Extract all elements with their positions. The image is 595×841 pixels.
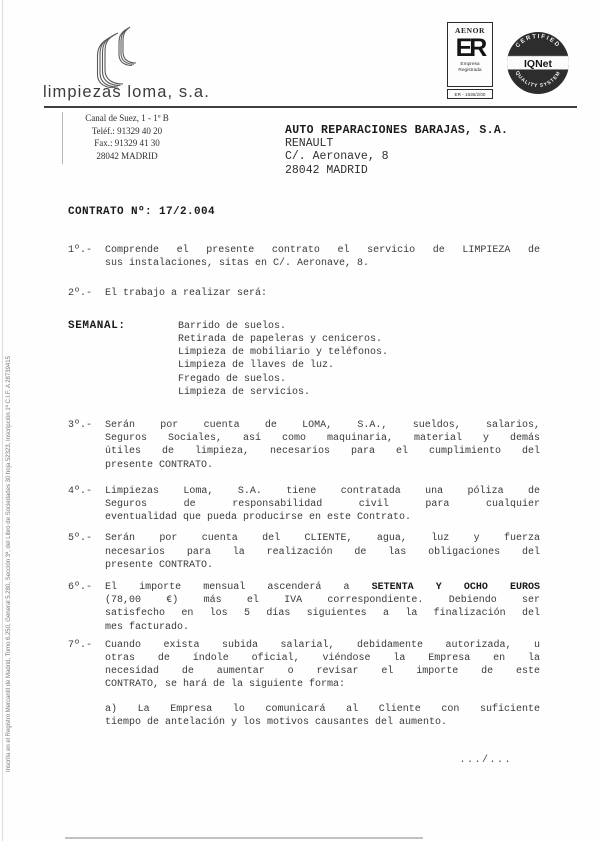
clause-text: Serán por cuenta del CLIENTE, agua, luz … <box>105 532 540 572</box>
clause-text: El importe mensual ascenderá a SETENTA Y… <box>105 581 540 634</box>
clause-line: tiempo de antelación y los motivos causa… <box>105 716 540 729</box>
clause-line: eventualidad que pueda producirse en est… <box>105 511 540 524</box>
clause-line: mes facturado. <box>105 621 540 634</box>
iqnet-badge: CERTIFIED QUALITY SYSTEM IQNet <box>505 30 571 96</box>
clause-line-text: El importe mensual ascenderá a <box>105 582 372 593</box>
schedule-task: Barrido de suelos. <box>178 320 388 333</box>
schedule-task: Retirada de papeleras y ceniceros. <box>178 333 388 346</box>
clause-line: Comprende el presente contrato el servic… <box>105 244 540 257</box>
contract-body: CONTRATO Nº: 17/2.004 1º.- Comprende el … <box>68 206 540 767</box>
clause-line: Cuando exista subida salarial, debidamen… <box>105 639 540 652</box>
clause-line: CONTRATO, se hará de la siguiente forma: <box>105 678 540 691</box>
recipient-city: 28042 MADRID <box>285 164 508 177</box>
aenor-box: AENOR ER Empresa Registrada <box>447 22 493 87</box>
aenor-er-monogram-icon: ER <box>456 36 485 60</box>
clause-5: 5º.- Serán por cuenta del CLIENTE, agua,… <box>68 532 540 572</box>
clause-number: 2º.- <box>68 287 105 300</box>
clause-line: Seguros Sociales, así como maquinaria, m… <box>105 432 540 445</box>
clause-line: El importe mensual ascenderá a SETENTA Y… <box>105 581 540 594</box>
aenor-subtitle: Empresa Registrada <box>458 62 481 73</box>
clause-line: útiles de limpieza, necesarios para el c… <box>105 445 540 458</box>
clause-line: presente CONTRATO. <box>105 459 540 472</box>
iqnet-wordmark: IQNet <box>524 58 553 70</box>
clause-text: Limpiezas Loma, S.A. tiene contratada un… <box>105 485 540 525</box>
schedule-tasks: Barrido de suelos. Retirada de papeleras… <box>178 320 388 399</box>
aenor-registry-number: ER - 1636/2/00 <box>447 89 493 99</box>
clause-line: satisfecho en los 5 días siguientes a la… <box>105 607 540 620</box>
sender-street: Canal de Suez, 1 - 1º B <box>68 112 186 125</box>
header-divider <box>44 106 577 108</box>
clause-7: 7º.- Cuando exista subida salarial, debi… <box>68 639 540 692</box>
clause-text: El trabajo a realizar será: <box>105 287 540 300</box>
company-logo <box>86 24 146 86</box>
schedule-task: Fregado de suelos. <box>178 373 388 386</box>
subclause-a: a) La Empresa lo comunicará al Cliente c… <box>105 703 540 729</box>
clause-2: 2º.- El trabajo a realizar será: <box>68 287 540 300</box>
clause-6: 6º.- El importe mensual ascenderá a SETE… <box>68 581 540 634</box>
contract-number-heading: CONTRATO Nº: 17/2.004 <box>68 206 540 219</box>
schedule-task: Limpieza de mobiliario y teléfonos. <box>178 346 388 359</box>
clause-text: Cuando exista subida salarial, debidamen… <box>105 639 540 692</box>
schedule-task: Limpieza de llaves de luz. <box>178 359 388 372</box>
clause-line: (78,00 €) más el IVA correspondiente. De… <box>105 594 540 607</box>
recipient-name: AUTO REPARACIONES BARAJAS, S.A. <box>285 124 508 137</box>
sender-city: 28042 MADRID <box>68 150 186 163</box>
schedule-label: SEMANAL: <box>68 320 178 399</box>
clause-line: presente CONTRATO. <box>105 559 540 572</box>
aenor-subtitle-line1: Empresa <box>458 62 481 68</box>
iqnet-seal-icon: CERTIFIED QUALITY SYSTEM IQNet <box>505 30 571 96</box>
continuation-mark: .../... <box>68 754 540 767</box>
double-l-logo-icon <box>86 24 146 88</box>
clause-3: 3º.- Serán por cuenta de LOMA, S.A., sue… <box>68 419 540 472</box>
clause-1: 1º.- Comprende el presente contrato el s… <box>68 244 540 270</box>
clause-line: sus instalaciones, sitas en C/. Aeronave… <box>105 257 540 270</box>
clause-number: 7º.- <box>68 639 105 692</box>
aenor-subtitle-line2: Registrada <box>458 68 481 74</box>
clause-line: Serán por cuenta de LOMA, S.A., sueldos,… <box>105 419 540 432</box>
clause-number: 4º.- <box>68 485 105 525</box>
recipient-brand: RENAULT <box>285 137 508 150</box>
sender-phone: Teléf.: 91329 40 20 <box>68 125 186 138</box>
scan-artifact-line <box>65 837 423 839</box>
clause-text: Serán por cuenta de LOMA, S.A., sueldos,… <box>105 419 540 472</box>
clause-line: Seguros de responsabilidad civil para cu… <box>105 498 540 511</box>
clause-number: 3º.- <box>68 419 105 472</box>
address-divider-line <box>62 112 63 164</box>
recipient-block: AUTO REPARACIONES BARAJAS, S.A. RENAULT … <box>285 124 508 177</box>
clause-number: 1º.- <box>68 244 105 270</box>
clause-4: 4º.- Limpiezas Loma, S.A. tiene contrata… <box>68 485 540 525</box>
amount-in-words: SETENTA Y OCHO EUROS <box>372 582 540 593</box>
clause-line: Limpiezas Loma, S.A. tiene contratada un… <box>105 485 540 498</box>
page-edge-line <box>2 0 3 841</box>
clause-line: necesidad de aumentar o revisar el impor… <box>105 665 540 678</box>
clause-number: 6º.- <box>68 581 105 634</box>
company-name: limpiezas loma, s.a. <box>43 83 210 102</box>
clause-line: necesarios para la realización de las ob… <box>105 546 540 559</box>
clause-line: Serán por cuenta del CLIENTE, agua, luz … <box>105 532 540 545</box>
schedule-task: Limpieza de servicios. <box>178 386 388 399</box>
contract-page: limpiezas loma, s.a. AENOR ER Empresa Re… <box>0 0 595 841</box>
recipient-street: C/. Aeronave, 8 <box>285 150 508 163</box>
sender-fax: Fax.: 91329 41 30 <box>68 137 186 150</box>
margin-registration-note: Inscrita en el Registro Mercantil de Mad… <box>6 272 12 772</box>
clause-line: a) La Empresa lo comunicará al Cliente c… <box>105 703 540 716</box>
clause-line: otras de índole oficial, viéndose la Emp… <box>105 652 540 665</box>
clause-text: Comprende el presente contrato el servic… <box>105 244 540 270</box>
clause-number: 5º.- <box>68 532 105 572</box>
clause-line: El trabajo a realizar será: <box>105 287 540 300</box>
aenor-badge: AENOR ER Empresa Registrada ER - 1636/2/… <box>447 22 493 99</box>
sender-address: Canal de Suez, 1 - 1º B Teléf.: 91329 40… <box>68 112 186 162</box>
weekly-schedule: SEMANAL: Barrido de suelos. Retirada de … <box>68 320 540 399</box>
